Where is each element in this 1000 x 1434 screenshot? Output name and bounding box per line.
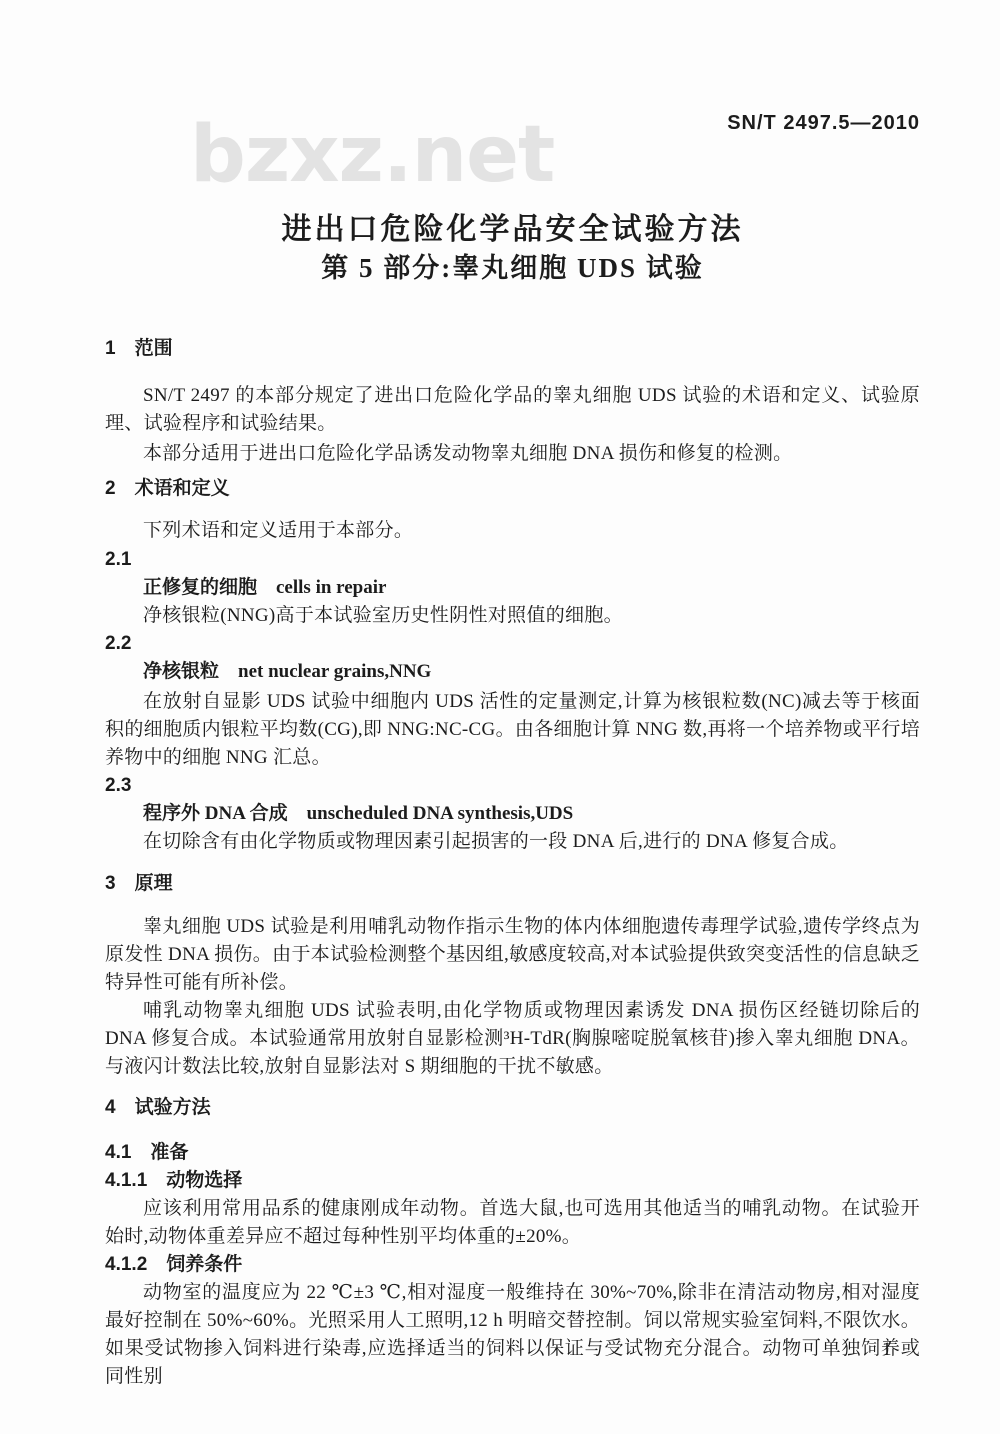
section-2-intro: 下列术语和定义适用于本部分。	[105, 517, 920, 545]
term-2-3-name: 程序外 DNA 合成 unscheduled DNA synthesis,UDS	[143, 800, 920, 828]
page-number: 1	[882, 1338, 892, 1362]
section-4-heading: 4 试验方法	[105, 1094, 920, 1122]
section-4-1-2-paragraph: 动物室的温度应为 22 ℃±3 ℃,相对湿度一般维持在 30%~70%,除非在清…	[105, 1279, 920, 1391]
section-4-1-1-heading: 4.1.1 动物选择	[105, 1167, 920, 1195]
section-1-paragraph-1: SN/T 2497 的本部分规定了进出口危险化学品的睾丸细胞 UDS 试验的术语…	[105, 382, 920, 438]
document-title-line2: 第 5 部分:睾丸细胞 UDS 试验	[105, 251, 920, 285]
section-4-1-heading: 4.1 准备	[105, 1139, 920, 1167]
term-2-1-number: 2.1	[105, 546, 920, 574]
term-2-2-number: 2.2	[105, 630, 920, 658]
term-2-3-definition: 在切除含有由化学物质或物理因素引起损害的一段 DNA 后,进行的 DNA 修复合…	[105, 828, 920, 856]
term-2-2-name: 净核银粒 net nuclear grains,NNG	[143, 658, 920, 686]
term-2-1-name: 正修复的细胞 cells in repair	[143, 574, 920, 602]
page-body: 进出口危险化学品安全试验方法 第 5 部分:睾丸细胞 UDS 试验 1 范围 S…	[105, 0, 920, 1391]
section-1-paragraph-2: 本部分适用于进出口危险化学品诱发动物睾丸细胞 DNA 损伤和修复的检测。	[105, 440, 920, 468]
section-3-paragraph-2: 哺乳动物睾丸细胞 UDS 试验表明,由化学物质或物理因素诱发 DNA 损伤区经链…	[105, 997, 920, 1081]
section-2-heading: 2 术语和定义	[105, 475, 920, 503]
document-title-line1: 进出口危险化学品安全试验方法	[105, 211, 920, 249]
section-1-heading: 1 范围	[105, 335, 920, 363]
section-3-heading: 3 原理	[105, 870, 920, 898]
section-4-1-1-paragraph: 应该利用常用品系的健康刚成年动物。首选大鼠,也可选用其他适当的哺乳动物。在试验开…	[105, 1195, 920, 1251]
term-2-2-definition: 在放射自显影 UDS 试验中细胞内 UDS 活性的定量测定,计算为核银粒数(NC…	[105, 688, 920, 772]
section-3-paragraph-1: 睾丸细胞 UDS 试验是利用哺乳动物作指示生物的体内体细胞遗传毒理学试验,遗传学…	[105, 913, 920, 997]
section-4-1-2-heading: 4.1.2 饲养条件	[105, 1251, 920, 1279]
term-2-1-definition: 净核银粒(NNG)高于本试验室历史性阴性对照值的细胞。	[105, 602, 920, 630]
term-2-3-number: 2.3	[105, 772, 920, 800]
